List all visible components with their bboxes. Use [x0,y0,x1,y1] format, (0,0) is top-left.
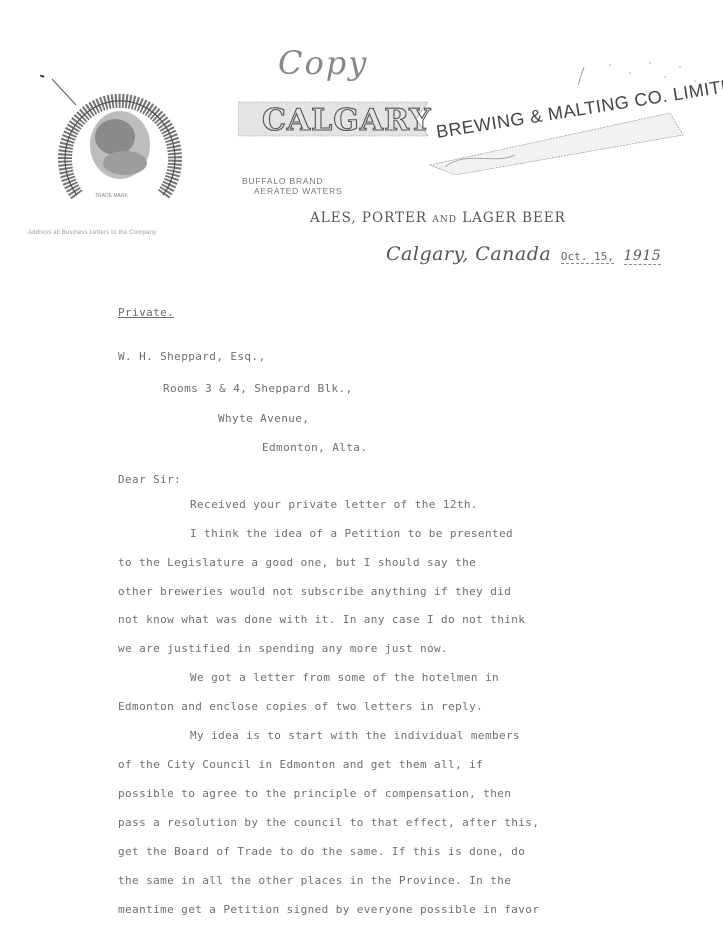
body-line: meantime get a Petition signed by everyo… [118,903,539,916]
date-typed: Oct. 15, [561,250,614,264]
sub-brand-line2: AERATED WATERS [242,186,343,196]
products-lager: LAGER BEER [462,210,566,226]
recipient-address-line3: Edmonton, Alta. [262,441,367,454]
body-line: to the Legislature a good one, but I sho… [118,556,476,569]
body-line: My idea is to start with the individual … [190,729,520,742]
pen-stroke-mark [40,75,80,115]
copy-stamp: Copy [278,44,368,82]
body-line: we are justified in spending any more ju… [118,642,448,655]
private-marking: Private. [118,306,174,319]
year-script: 1915 [624,248,662,265]
body-line: of the City Council in Edmonton and get … [118,758,483,771]
recipient-address-line2: Whyte Avenue, [218,412,309,425]
body-line: the same in all the other places in the … [118,874,511,887]
body-line: I think the idea of a Petition to be pre… [190,527,513,540]
recipient-address-line1: Rooms 3 & 4, Sheppard Blk., [163,382,353,395]
body-line: Edmonton and enclose copies of two lette… [118,700,483,713]
body-line: other breweries would not subscribe anyt… [118,585,511,598]
emblem-caption: Address all Business Letters to the Comp… [28,230,156,236]
products-ales: ALES, PORTER [310,210,427,226]
body-line: Received your private letter of the 12th… [190,498,478,511]
place-script: Calgary, Canada [386,243,551,265]
buffalo-brand-label: BUFFALO BRAND AERATED WATERS [242,176,343,196]
body-line: We got a letter from some of the hotelme… [190,671,499,684]
salutation: Dear Sir: [118,473,181,486]
sub-brand-line1: BUFFALO BRAND [242,176,323,186]
body-line: not know what was done with it. In any c… [118,613,525,626]
products-and: AND [432,215,457,225]
svg-text:TRADE MARK: TRADE MARK [95,193,128,199]
company-name-calgary: CALGARY [262,103,432,138]
products-line: ALES, PORTER AND LAGER BEER [310,210,566,226]
recipient-name: W. H. Sheppard, Esq., [118,350,265,363]
body-line: possible to agree to the principle of co… [118,787,511,800]
dateline: Calgary, Canada Oct. 15, 1915 [386,243,661,265]
body-line: pass a resolution by the council to that… [118,816,539,829]
body-line: get the Board of Trade to do the same. I… [118,845,525,858]
